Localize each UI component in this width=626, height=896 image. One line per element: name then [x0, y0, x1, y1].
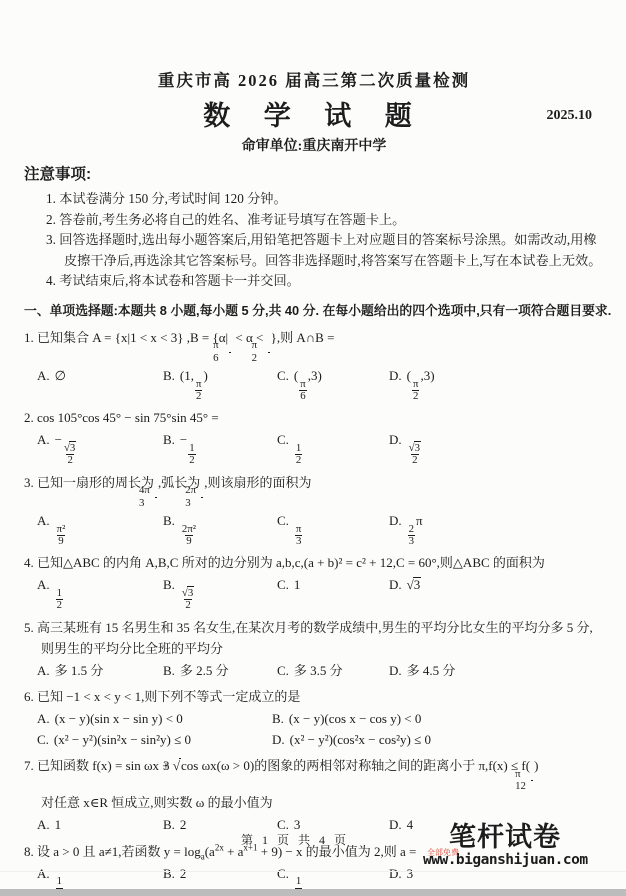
option-content: √32 — [180, 577, 196, 592]
option-label: A. — [37, 577, 50, 592]
option-label: C. — [37, 732, 49, 747]
fraction-numerator: 4π — [155, 485, 157, 496]
paper-date: 2025.10 — [547, 108, 593, 124]
option-label: D. — [389, 432, 402, 447]
fraction-denominator: 2 — [184, 599, 191, 611]
sqrt-radicand: 3 — [187, 586, 194, 599]
fraction-numerator: √3 — [408, 441, 422, 454]
option-item: A.12 — [37, 574, 163, 611]
option-label: B. — [163, 663, 175, 678]
fraction-numerator: π — [229, 340, 231, 351]
option-content: (π2,3) — [407, 368, 435, 383]
option-content: 12 — [294, 432, 303, 447]
fraction-numerator: 1 — [56, 588, 63, 599]
page-content: 重庆市高 2026 届高三第二次质量检测 数 学 试 题 2025.10 命审单… — [0, 0, 626, 896]
fraction: 4π3 — [155, 485, 157, 509]
option-item: B.多 2.5 分 — [163, 660, 277, 681]
sqrt-radicand: 3 — [179, 758, 181, 774]
fraction-denominator: 2 — [195, 390, 202, 402]
notice-item: 1. 本试卷满分 150 分,考试时间 120 分钟。 — [24, 189, 604, 210]
option-label: D. — [389, 513, 402, 528]
fraction: √32 — [408, 441, 422, 467]
option-content: (x − y)(cos x − cos y) < 0 — [289, 711, 421, 726]
option-item: D.(x² − y²)(cos²x − cos²y) ≤ 0 — [272, 729, 604, 750]
fraction-numerator: 1 — [188, 443, 195, 454]
option-content: 多 1.5 分 — [55, 663, 104, 678]
option-label: A. — [37, 663, 50, 678]
fraction-denominator: 2 — [268, 352, 270, 364]
watermark-brand: 笔杆试卷 — [449, 822, 573, 852]
option-item: C.多 3.5 分 — [277, 660, 389, 681]
option-item: D.(π2,3) — [389, 365, 604, 402]
option-content: 多 2.5 分 — [180, 663, 229, 678]
bottom-gray-bar — [0, 889, 626, 896]
option-content: 23π — [407, 513, 423, 528]
question-stem: 1. 已知集合 A = {x|1 < x < 3} ,B = {α|π6 < α… — [24, 327, 604, 364]
issuing-unit: 命审单位:重庆南开中学 — [24, 137, 604, 157]
option-item: B.(1,π2) — [163, 365, 277, 402]
option-label: C. — [277, 663, 289, 678]
option-label: A. — [37, 866, 50, 881]
fraction-numerator: π — [412, 379, 419, 390]
option-label: A. — [37, 368, 50, 383]
notice-item: 2. 答卷前,考生务必将自己的姓名、准考证号填写在答题卡上。 — [24, 210, 604, 231]
fraction-numerator: 1 — [295, 443, 302, 454]
question-item: 4. 已知△ABC 的内角 A,B,C 所对的边分别为 a,b,c,(a + b… — [24, 552, 604, 611]
option-content: (π6,3) — [294, 368, 322, 383]
question-item: 3. 已知一扇形的周长为4π3,弧长为2π3,则该扇形的面积为A.π²9B.2π… — [24, 472, 604, 548]
option-row: A.(x − y)(sin x − sin y) < 0B.(x − y)(co… — [24, 708, 604, 750]
fraction-denominator: 3 — [201, 497, 203, 509]
fraction: π6 — [229, 340, 231, 364]
option-label: D. — [272, 732, 285, 747]
option-content: √3 — [407, 577, 422, 592]
option-label: D. — [389, 663, 402, 678]
option-label: C. — [277, 432, 289, 447]
sqrt-symbol: √3 — [407, 577, 422, 592]
option-content: 13 — [294, 866, 303, 881]
fraction-denominator: 2 — [56, 599, 63, 611]
option-content: √32 — [407, 432, 423, 447]
sqrt-radicand: 3 — [414, 441, 421, 454]
question-item: 6. 已知 −1 < x < y < 1,则下列不等式一定成立的是A.(x − … — [24, 686, 604, 750]
fraction: √32 — [63, 441, 77, 467]
notice-list: 1. 本试卷满分 150 分,考试时间 120 分钟。 2. 答卷前,考生务必将… — [24, 189, 604, 292]
paper-title-row: 数 学 试 题 2025.10 — [24, 99, 604, 133]
option-label: D. — [389, 577, 402, 592]
question-stem: 7. 已知函数 f(x) = sin ωx + √3cos ωx(ω > 0)的… — [24, 755, 604, 813]
option-label: B. — [163, 368, 175, 383]
option-item: D.√32 — [389, 429, 604, 466]
option-label: B. — [163, 577, 175, 592]
question-stem: 2. cos 105°cos 45° − sin 75°sin 45° = — [24, 407, 604, 428]
scan-artifact-line — [0, 871, 626, 872]
fraction-denominator: 2 — [295, 454, 302, 466]
fraction-numerator: π² — [56, 524, 67, 535]
question-item: 1. 已知集合 A = {x|1 < x < 3} ,B = {α|π6 < α… — [24, 327, 604, 403]
fraction: 2π3 — [201, 485, 203, 509]
option-content: 12 — [55, 577, 64, 592]
fraction-numerator: π — [268, 340, 270, 351]
sqrt-symbol: √3 — [64, 442, 76, 454]
fraction: 2π²9 — [181, 524, 197, 548]
option-content: 1 — [294, 577, 301, 592]
option-content: 2π²9 — [180, 513, 198, 528]
fraction-denominator: 3 — [408, 535, 415, 547]
fraction-numerator: √3 — [181, 586, 195, 599]
option-item: C.12 — [277, 429, 389, 466]
fraction: π12 — [531, 769, 533, 793]
notice-item: 4. 考试结束后,将本试卷和答题卡一并交回。 — [24, 271, 604, 292]
sqrt-symbol: √3 — [182, 587, 194, 599]
fraction-denominator: 6 — [229, 352, 231, 364]
option-content: (x² − y²)(sin²x − sin²y) ≤ 0 — [54, 732, 191, 747]
watermark: 全部免费 笔杆试卷 www.biganshijuan.com — [423, 822, 573, 869]
fraction-numerator: 2 — [408, 524, 415, 535]
fraction-numerator: √3 — [63, 441, 77, 454]
option-label: C. — [277, 368, 289, 383]
option-content: 3 — [407, 866, 414, 881]
section-heading: 一、单项选择题:本题共 8 小题,每小题 5 分,共 40 分. 在每小题给出的… — [24, 300, 604, 322]
fraction-numerator: 1 — [56, 876, 63, 887]
option-label: C. — [277, 513, 289, 528]
subscript: a — [201, 851, 205, 861]
option-content: 多 3.5 分 — [294, 663, 343, 678]
option-label: B. — [272, 711, 284, 726]
fraction-denominator: 2 — [412, 390, 419, 402]
option-item: B.(x − y)(cos x − cos y) < 0 — [272, 708, 604, 729]
fraction: π²9 — [56, 524, 67, 548]
option-item: B.2π²9 — [163, 510, 277, 547]
notice-heading: 注意事项: — [24, 163, 604, 187]
option-content: 2 — [180, 866, 187, 881]
option-item: A.−√32 — [37, 429, 163, 466]
sqrt-radicand: 3 — [413, 577, 422, 593]
option-row: A.−√32B.−12C.12D.√32 — [24, 429, 604, 466]
question-stem: 6. 已知 −1 < x < y < 1,则下列不等式一定成立的是 — [24, 686, 604, 707]
question-stem: 4. 已知△ABC 的内角 A,B,C 所对的边分别为 a,b,c,(a + b… — [24, 552, 604, 573]
option-item: C.(π6,3) — [277, 365, 389, 402]
fraction-denominator: 12 — [531, 780, 533, 792]
option-item: A.π²9 — [37, 510, 163, 547]
fraction: π6 — [299, 379, 306, 403]
option-content: π3 — [294, 513, 303, 528]
option-item: C.(x² − y²)(sin²x − sin²y) ≤ 0 — [37, 729, 272, 750]
fraction-numerator: π — [295, 524, 302, 535]
option-label: B. — [163, 432, 175, 447]
option-content: ∅ — [55, 368, 66, 383]
option-item: A.(x − y)(sin x − sin y) < 0 — [37, 708, 272, 729]
option-item: A.∅ — [37, 365, 163, 402]
question-item: 2. cos 105°cos 45° − sin 75°sin 45° =A.−… — [24, 407, 604, 466]
option-item: C.π3 — [277, 510, 389, 547]
option-content: 12 — [55, 866, 64, 881]
option-content: −√32 — [55, 432, 79, 447]
option-content: (x² − y²)(cos²x − cos²y) ≤ 0 — [290, 732, 431, 747]
question-stem: 3. 已知一扇形的周长为4π3,弧长为2π3,则该扇形的面积为 — [24, 472, 604, 509]
option-content: π²9 — [55, 513, 68, 528]
option-item: A.多 1.5 分 — [37, 660, 163, 681]
fraction: 23 — [408, 524, 415, 548]
fraction: 12 — [295, 443, 302, 467]
fraction-denominator: 9 — [57, 535, 64, 547]
option-label: D. — [389, 866, 402, 881]
fraction-denominator: 3 — [295, 535, 302, 547]
fraction: π3 — [295, 524, 302, 548]
fraction: π2 — [195, 379, 202, 403]
fraction: π2 — [268, 340, 270, 364]
option-item: C.1 — [277, 574, 389, 611]
option-item: B.√32 — [163, 574, 277, 611]
option-row: A.12B.√32C.1D.√3 — [24, 574, 604, 611]
fraction-numerator: 1 — [295, 876, 302, 887]
option-label: D. — [389, 368, 402, 383]
fraction-denominator: 6 — [299, 390, 306, 402]
question-item: 5. 高三某班有 15 名男生和 35 名女生,在某次月考的数学成绩中,男生的平… — [24, 617, 604, 681]
option-label: A. — [37, 711, 50, 726]
question-stem: 5. 高三某班有 15 名男生和 35 名女生,在某次月考的数学成绩中,男生的平… — [24, 617, 604, 659]
sqrt-symbol: √3 — [409, 442, 421, 454]
fraction-numerator: π — [195, 379, 202, 390]
option-label: A. — [37, 513, 50, 528]
exam-paper-page: 重庆市高 2026 届高三第二次质量检测 数 学 试 题 2025.10 命审单… — [0, 0, 626, 896]
fraction-denominator: 9 — [185, 535, 192, 547]
option-label: C. — [277, 577, 289, 592]
option-content: 多 4.5 分 — [407, 663, 456, 678]
option-row: A.∅B.(1,π2)C.(π6,3)D.(π2,3) — [24, 365, 604, 402]
fraction-numerator: π — [531, 769, 533, 780]
paper-title: 数 学 试 题 — [24, 99, 604, 133]
option-row: A.π²9B.2π²9C.π3D.23π — [24, 510, 604, 547]
fraction: √32 — [181, 586, 195, 612]
fraction-numerator: 2π² — [181, 524, 197, 535]
sqrt-symbol: √3 — [173, 758, 181, 773]
fraction: 12 — [188, 443, 195, 467]
option-label: A. — [37, 432, 50, 447]
question-list: 1. 已知集合 A = {x|1 < x < 3} ,B = {α|π6 < α… — [24, 327, 604, 896]
option-content: (x − y)(sin x − sin y) < 0 — [55, 711, 183, 726]
fraction: 12 — [56, 588, 63, 612]
option-item: D.23π — [389, 510, 604, 547]
fraction-numerator: 2π — [201, 485, 203, 496]
option-content: −12 — [180, 432, 197, 447]
fraction-denominator: 2 — [411, 454, 418, 466]
option-item: D.多 4.5 分 — [389, 660, 604, 681]
option-content: (1,π2) — [180, 368, 208, 383]
fraction-numerator: π — [299, 379, 306, 390]
fraction-denominator: 3 — [155, 497, 157, 509]
watermark-free-badge: 全部免费 — [427, 847, 459, 858]
notice-item: 3. 回答选择题时,选出每小题答案后,用铅笔把答题卡上对应题目的答案标号涂黑。如… — [24, 230, 604, 271]
option-item: D.√3 — [389, 574, 604, 611]
option-label: B. — [163, 866, 175, 881]
option-item: B.−12 — [163, 429, 277, 466]
option-label: C. — [277, 866, 289, 881]
exam-title: 重庆市高 2026 届高三第二次质量检测 — [24, 70, 604, 92]
option-row: A.多 1.5 分B.多 2.5 分C.多 3.5 分D.多 4.5 分 — [24, 660, 604, 681]
fraction: π2 — [412, 379, 419, 403]
fraction-denominator: 2 — [66, 454, 73, 466]
option-label: B. — [163, 513, 175, 528]
fraction-denominator: 2 — [188, 454, 195, 466]
sqrt-radicand: 3 — [69, 441, 76, 454]
